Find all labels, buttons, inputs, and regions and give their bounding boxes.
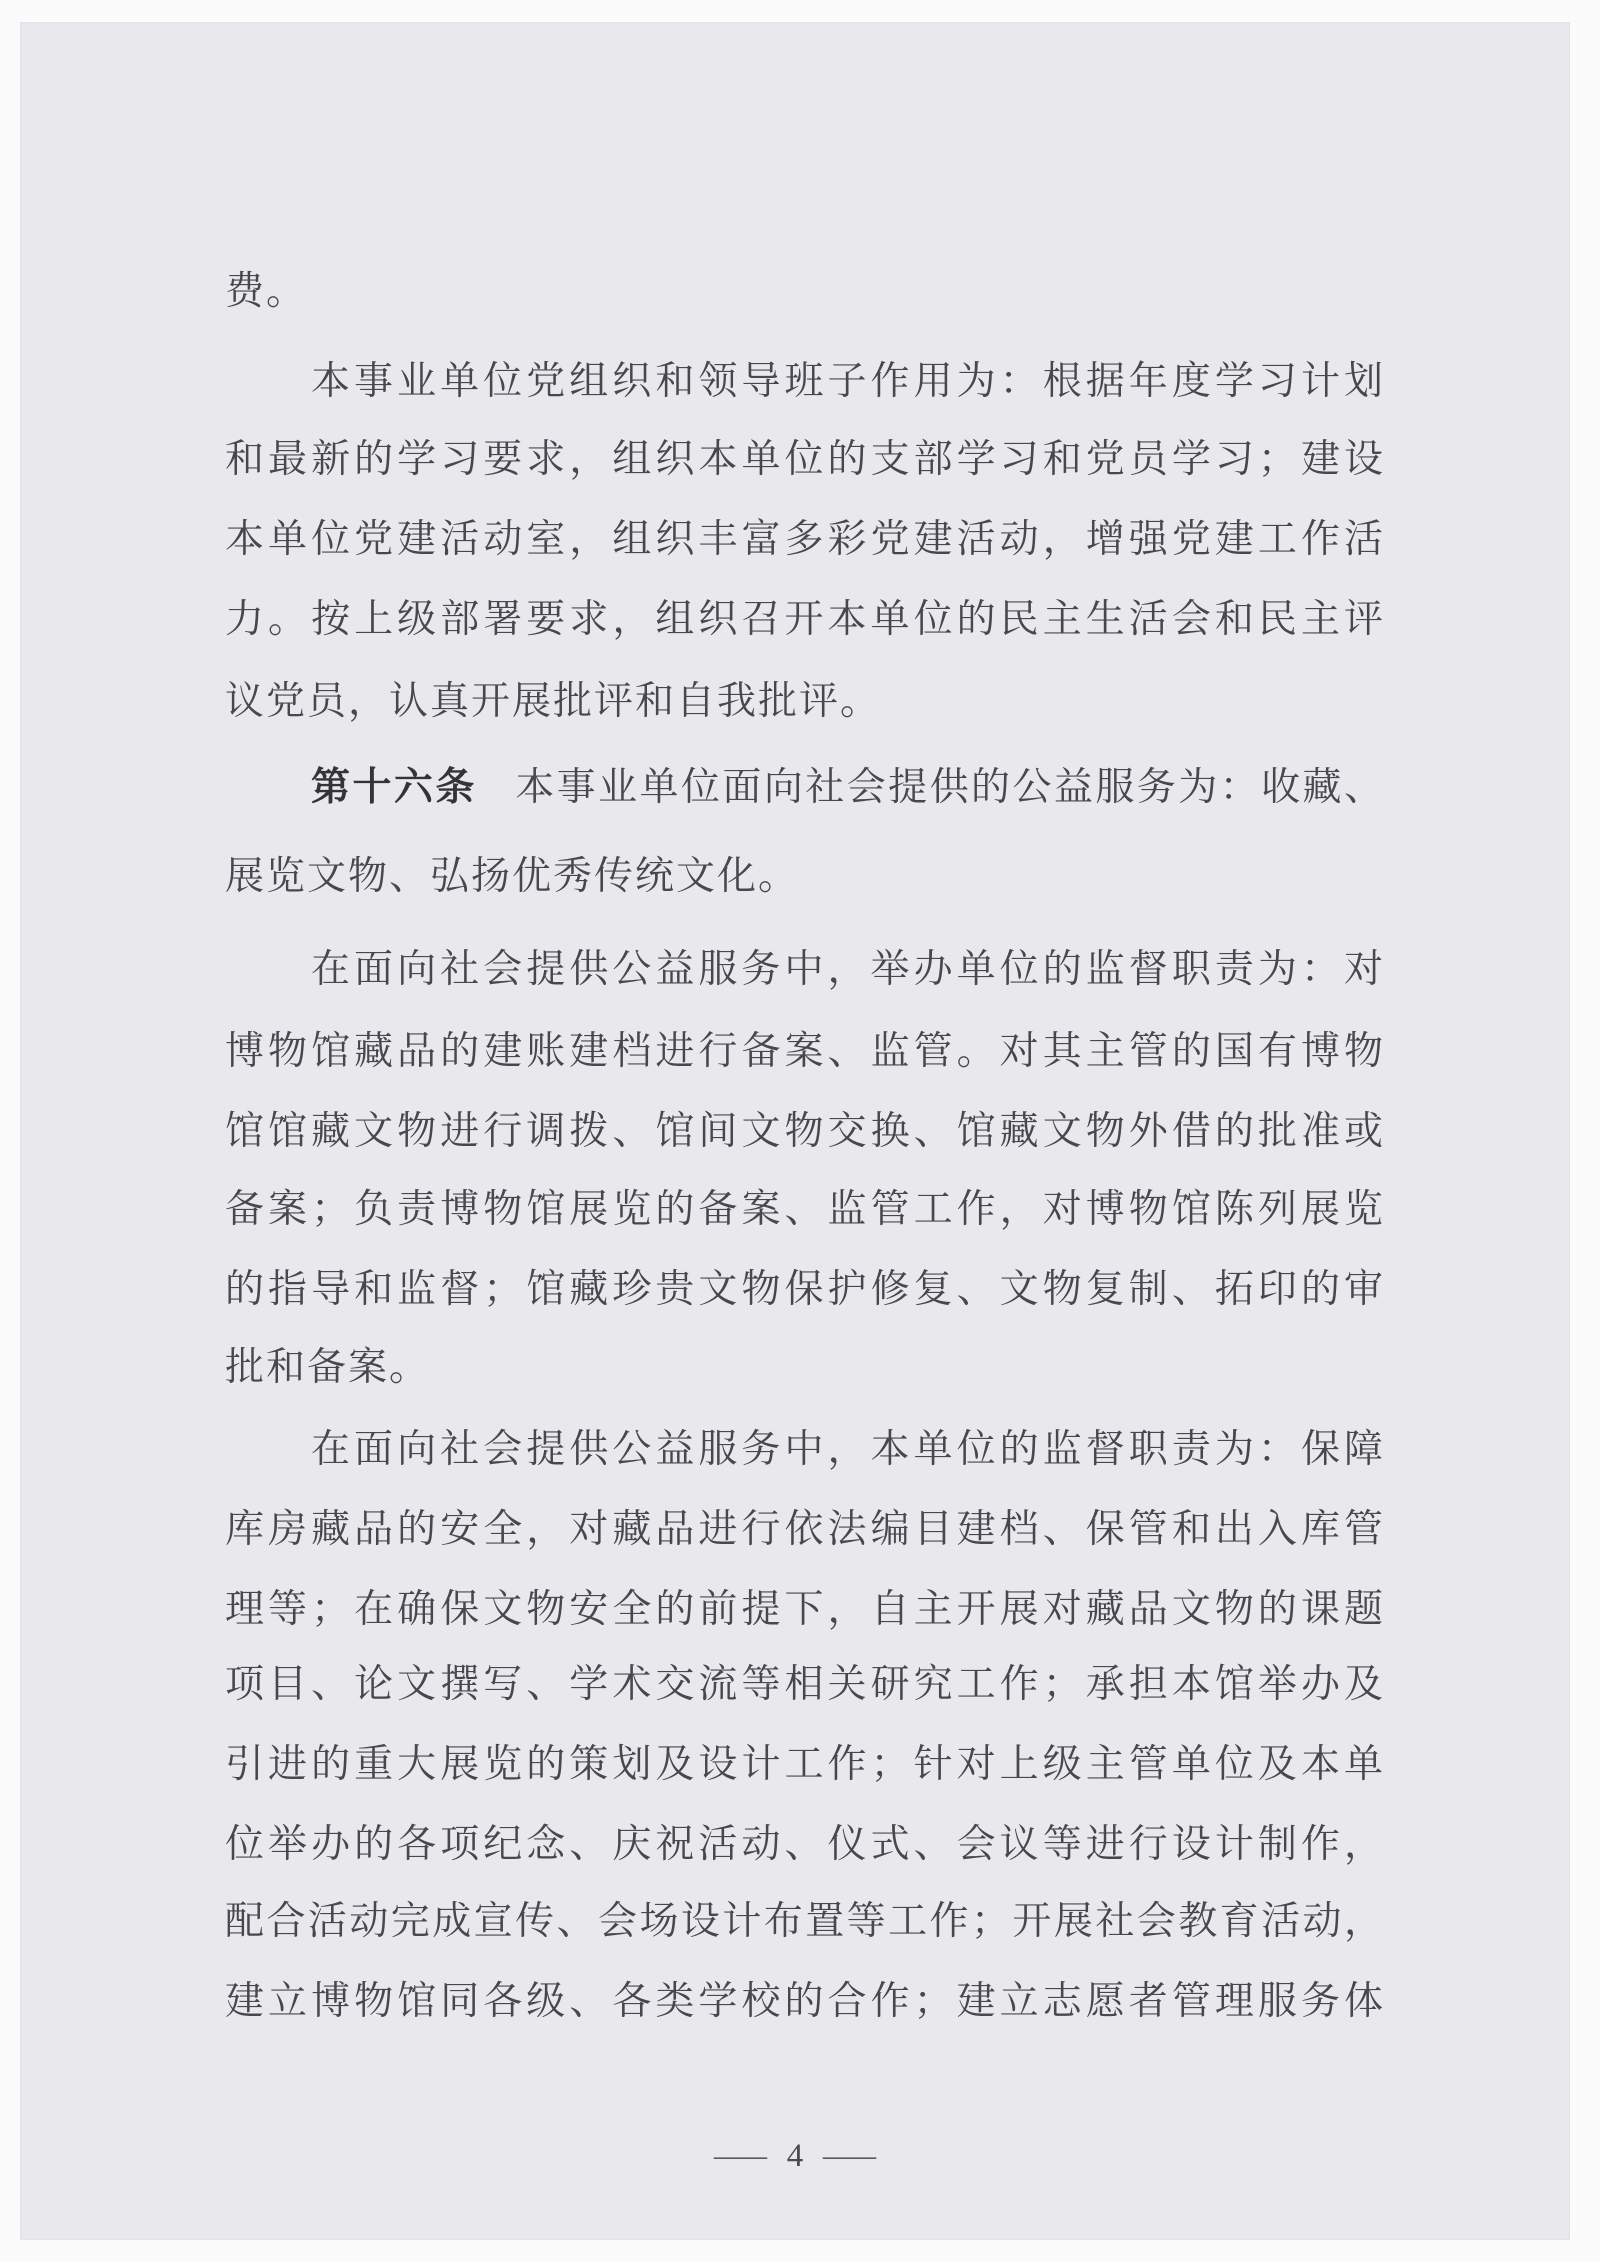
text-line: 建立博物馆同各级、各类学校的合作；建立志愿者管理服务体 (225, 1974, 1385, 2030)
line-text: 本事业单位党组织和领导班子作用为：根据年度学习计划 (311, 360, 1385, 403)
line-text: 力。按上级部署要求，组织召开本单位的民主生活会和民主评 (225, 598, 1385, 641)
text-line: 展览文物、弘扬优秀传统文化。 (225, 849, 1385, 905)
line-text: 建立博物馆同各级、各类学校的合作；建立志愿者管理服务体 (225, 1980, 1385, 2023)
line-text: 展览文物、弘扬优秀传统文化。 (225, 855, 799, 898)
text-line: 备案；负责博物馆展览的备案、监管工作，对博物馆陈列展览 (225, 1182, 1385, 1238)
text-line: 批和备案。 (225, 1340, 1385, 1396)
text-line: 力。按上级部署要求，组织召开本单位的民主生活会和民主评 (225, 592, 1385, 648)
line-text: 备案；负责博物馆展览的备案、监管工作，对博物馆陈列展览 (225, 1188, 1385, 1231)
document-page: 费。本事业单位党组织和领导班子作用为：根据年度学习计划和最新的学习要求，组织本单… (20, 22, 1570, 2240)
text-line: 第十六条本事业单位面向社会提供的公益服务为：收藏、 (225, 760, 1385, 816)
line-text: 博物馆藏品的建账建档进行备案、监管。对其主管的国有博物 (225, 1030, 1385, 1073)
line-text: 馆馆藏文物进行调拨、馆间文物交换、馆藏文物外借的批准或 (225, 1110, 1385, 1153)
line-text: 在面向社会提供公益服务中，本单位的监督职责为：保障 (311, 1428, 1385, 1471)
text-line: 引进的重大展览的策划及设计工作；针对上级主管单位及本单 (225, 1737, 1385, 1793)
line-text: 批和备案。 (225, 1346, 430, 1389)
line-text: 本事业单位面向社会提供的公益服务为：收藏、 (515, 766, 1385, 809)
line-text: 本单位党建活动室，组织丰富多彩党建活动，增强党建工作活 (225, 518, 1385, 561)
text-line: 本单位党建活动室，组织丰富多彩党建活动，增强党建工作活 (225, 512, 1385, 568)
text-line: 馆馆藏文物进行调拨、馆间文物交换、馆藏文物外借的批准或 (225, 1104, 1385, 1160)
line-text: 和最新的学习要求，组织本单位的支部学习和党员学习；建设 (225, 438, 1385, 481)
footer-left-dash: — (714, 2134, 767, 2178)
text-line: 议党员，认真开展批评和自我批评。 (225, 674, 1385, 730)
line-text: 位举办的各项纪念、庆祝活动、仪式、会议等进行设计制作， (225, 1823, 1385, 1866)
text-line: 理等；在确保文物安全的前提下，自主开展对藏品文物的课题 (225, 1582, 1385, 1638)
footer-right-dash: — (823, 2134, 876, 2178)
text-line: 在面向社会提供公益服务中，举办单位的监督职责为：对 (225, 942, 1385, 998)
line-text: 费。 (225, 270, 307, 313)
line-text: 库房藏品的安全，对藏品进行依法编目建档、保管和出入库管 (225, 1508, 1385, 1551)
page-number: 4 (787, 2134, 804, 2178)
page-footer: —4— (20, 2134, 1570, 2178)
line-text: 项目、论文撰写、学术交流等相关研究工作；承担本馆举办及 (225, 1663, 1385, 1706)
text-line: 博物馆藏品的建账建档进行备案、监管。对其主管的国有博物 (225, 1024, 1385, 1080)
line-text: 在面向社会提供公益服务中，举办单位的监督职责为：对 (311, 948, 1385, 991)
text-line: 在面向社会提供公益服务中，本单位的监督职责为：保障 (225, 1422, 1385, 1478)
text-line: 位举办的各项纪念、庆祝活动、仪式、会议等进行设计制作， (225, 1817, 1385, 1873)
text-line: 项目、论文撰写、学术交流等相关研究工作；承担本馆举办及 (225, 1657, 1385, 1713)
article-heading: 第十六条 (311, 766, 477, 809)
line-text: 引进的重大展览的策划及设计工作；针对上级主管单位及本单 (225, 1743, 1385, 1786)
text-line: 费。 (225, 264, 1385, 320)
text-layer: 费。本事业单位党组织和领导班子作用为：根据年度学习计划和最新的学习要求，组织本单… (20, 22, 1570, 2240)
line-text: 议党员，认真开展批评和自我批评。 (225, 680, 881, 723)
line-text: 的指导和监督；馆藏珍贵文物保护修复、文物复制、拓印的审 (225, 1268, 1385, 1311)
text-line: 和最新的学习要求，组织本单位的支部学习和党员学习；建设 (225, 432, 1385, 488)
text-line: 本事业单位党组织和领导班子作用为：根据年度学习计划 (225, 354, 1385, 410)
line-text: 配合活动完成宣传、会场设计布置等工作；开展社会教育活动， (225, 1900, 1385, 1943)
line-text: 理等；在确保文物安全的前提下，自主开展对藏品文物的课题 (225, 1588, 1385, 1631)
text-line: 库房藏品的安全，对藏品进行依法编目建档、保管和出入库管 (225, 1502, 1385, 1558)
text-line: 的指导和监督；馆藏珍贵文物保护修复、文物复制、拓印的审 (225, 1262, 1385, 1318)
text-line: 配合活动完成宣传、会场设计布置等工作；开展社会教育活动， (225, 1894, 1385, 1950)
